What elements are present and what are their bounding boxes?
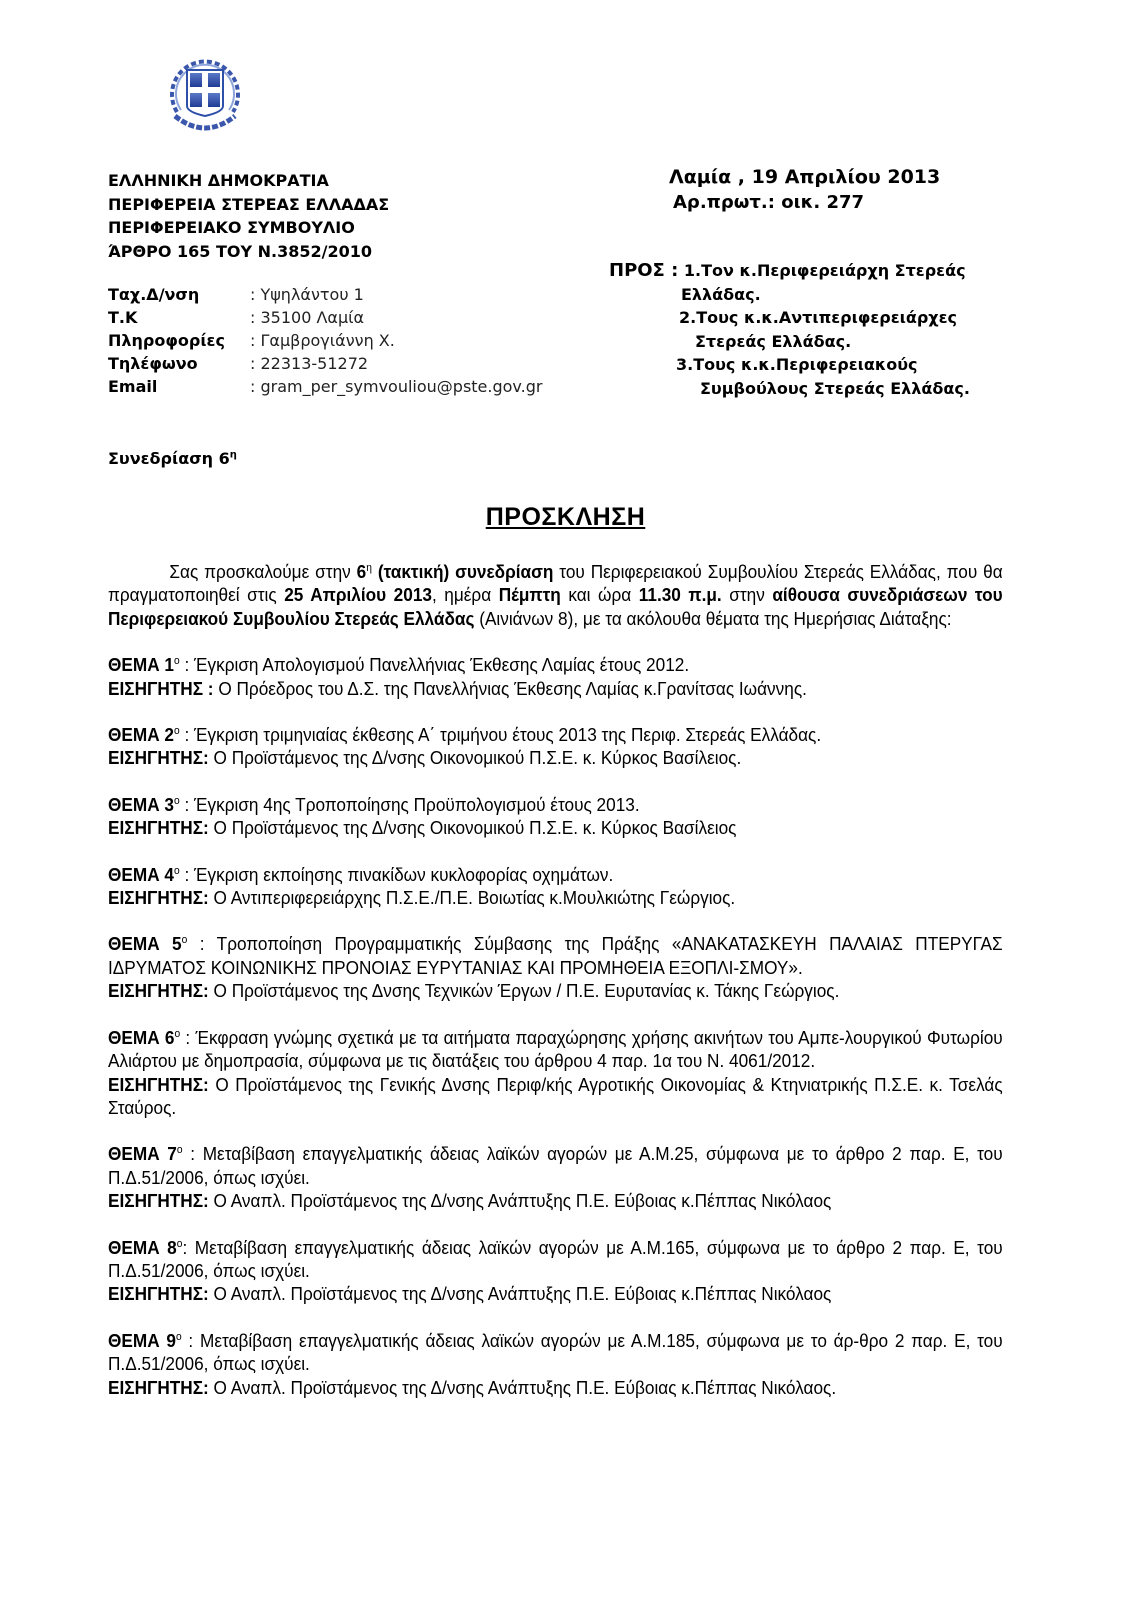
agenda-topic: ΘΕΜΑ 2ο : Έγκριση τριμηνιαίας έκθεσης Α΄… bbox=[108, 723, 1003, 746]
topic-label: ΘΕΜΑ 9 bbox=[108, 1330, 176, 1351]
contact-value: : 22313-51272 bbox=[250, 352, 368, 375]
topic-text: Έγκριση εκποίησης πινακίδων κυκλοφορίας … bbox=[194, 864, 613, 885]
rapporteur-text: Ο Αναπλ. Προϊστάμενος της Δ/νσης Ανάπτυξ… bbox=[209, 1377, 836, 1398]
agenda-topic: ΘΕΜΑ 6ο : Έκφραση γνώμης σχετικά με τα α… bbox=[108, 1026, 1003, 1073]
contact-value: : Υψηλάντου 1 bbox=[250, 283, 364, 306]
agenda-topic: ΘΕΜΑ 1ο : Έγκριση Απολογισμού Πανελλήνια… bbox=[108, 653, 1003, 676]
topic-label: ΘΕΜΑ 2 bbox=[108, 724, 174, 745]
rapporteur-label: ΕΙΣΗΓΗΤΗΣ: bbox=[108, 1283, 209, 1304]
recipient-line: 1.Τον κ.Περιφερειάρχη Στερεάς bbox=[684, 261, 966, 280]
topic-label: ΘΕΜΑ 7 bbox=[108, 1143, 177, 1164]
topic-text: Έγκριση Απολογισμού Πανελλήνιας Έκθεσης … bbox=[194, 654, 689, 675]
session-number: Συνεδρίαση 6η bbox=[108, 449, 237, 468]
topic-rapporteur: ΕΙΣΗΓΗΤΗΣ: Ο Αναπλ. Προϊστάμενος της Δ/ν… bbox=[108, 1282, 1003, 1305]
rapporteur-label: ΕΙΣΗΓΗΤΗΣ : bbox=[108, 678, 214, 699]
issuer-line: ΆΡΘΡΟ 165 ΤΟΥ Ν.3852/2010 bbox=[108, 240, 389, 264]
issuer-line: ΠΕΡΙΦΕΡΕΙΑ ΣΤΕΡΕΑΣ ΕΛΛΑΔΑΣ bbox=[108, 193, 389, 217]
topic-text: Μεταβίβαση επαγγελματικής άδειας λαϊκών … bbox=[108, 1330, 1003, 1374]
topic-text: Έκφραση γνώμης σχετικά με τα αιτήματα πα… bbox=[108, 1027, 1003, 1071]
topic-text: Έγκριση 4ης Τροποποίησης Προϋπολογισμού … bbox=[194, 794, 640, 815]
rapporteur-label: ΕΙΣΗΓΗΤΗΣ: bbox=[108, 1190, 209, 1211]
rapporteur-text: Ο Πρόεδρος του Δ.Σ. της Πανελλήνιας Έκθε… bbox=[214, 678, 807, 699]
rapporteur-label: ΕΙΣΗΓΗΤΗΣ: bbox=[108, 817, 209, 838]
agenda-topic: ΘΕΜΑ 5ο : Τροποποίηση Προγραμματικής Σύμ… bbox=[108, 932, 1003, 979]
recipient-line: 2.Τους κ.κ.Αντιπεριφερειάρχες bbox=[679, 306, 970, 330]
topic-text: Έγκριση τριμηνιαίας έκθεσης Α΄ τριμήνου … bbox=[194, 724, 821, 745]
email-link[interactable]: : gram_per_symvouliou@pste.gov.gr bbox=[250, 375, 542, 398]
rapporteur-text: Ο Προϊστάμενος της Γενικής Δνσης Περιφ/κ… bbox=[108, 1074, 1003, 1118]
rapporteur-label: ΕΙΣΗΓΗΤΗΣ: bbox=[108, 887, 209, 908]
topic-rapporteur: ΕΙΣΗΓΗΤΗΣ: Ο Αναπλ. Προϊστάμενος της Δ/ν… bbox=[108, 1189, 1003, 1212]
recipient-line: Στερεάς Ελλάδας. bbox=[695, 330, 970, 354]
topic-rapporteur: ΕΙΣΗΓΗΤΗΣ: Ο Αντιπεριφερειάρχης Π.Σ.Ε./Π… bbox=[108, 886, 1003, 909]
topic-label: ΘΕΜΑ 1 bbox=[108, 654, 174, 675]
recipient-line: 3.Τους κ.κ.Περιφερειακούς bbox=[676, 353, 970, 377]
issuer-block: ΕΛΛΗΝΙΚΗ ΔΗΜΟΚΡΑΤΙΑ ΠΕΡΙΦΕΡΕΙΑ ΣΤΕΡΕΑΣ Ε… bbox=[108, 169, 389, 263]
intro-paragraph: Σας προσκαλούμε στην 6η (τακτική) συνεδρ… bbox=[108, 560, 1003, 630]
greek-coat-of-arms-icon bbox=[163, 50, 247, 136]
topic-rapporteur: ΕΙΣΗΓΗΤΗΣ: Ο Αναπλ. Προϊστάμενος της Δ/ν… bbox=[108, 1376, 1003, 1399]
recipients-block: ΠΡΟΣ : 1.Τον κ.Περιφερειάρχη Στερεάς Ελλ… bbox=[609, 259, 970, 400]
contact-key: Τηλέφωνο bbox=[108, 352, 250, 375]
topic-label: ΘΕΜΑ 8 bbox=[108, 1237, 177, 1258]
rapporteur-label: ΕΙΣΗΓΗΤΗΣ: bbox=[108, 1074, 209, 1095]
agenda-topic: ΘΕΜΑ 4ο : Έγκριση εκποίησης πινακίδων κυ… bbox=[108, 863, 1003, 886]
agenda-topics: ΘΕΜΑ 1ο : Έγκριση Απολογισμού Πανελλήνια… bbox=[108, 653, 1003, 1399]
rapporteur-text: Ο Προϊστάμενος της Δνσης Τεχνικών Έργων … bbox=[209, 980, 840, 1001]
contact-value: : Γαμβρογιάννη Χ. bbox=[250, 329, 395, 352]
contact-value: : 35100 Λαμία bbox=[250, 306, 364, 329]
rapporteur-text: Ο Προϊστάμενος της Δ/νσης Οικονομικού Π.… bbox=[209, 817, 737, 838]
topic-label: ΘΕΜΑ 4 bbox=[108, 864, 174, 885]
contact-key: Ταχ.Δ/νση bbox=[108, 283, 250, 306]
recipients-label: ΠΡΟΣ : bbox=[609, 260, 678, 281]
document-title: ΠΡΟΣΚΛΗΣΗ bbox=[0, 503, 1131, 532]
topic-label: ΘΕΜΑ 5 bbox=[108, 933, 182, 954]
rapporteur-text: Ο Αντιπεριφερειάρχης Π.Σ.Ε./Π.Ε. Βοιωτία… bbox=[209, 887, 735, 908]
topic-rapporteur: ΕΙΣΗΓΗΤΗΣ: Ο Προϊστάμενος της Δ/νσης Οικ… bbox=[108, 816, 1003, 839]
agenda-topic: ΘΕΜΑ 8ο: Μεταβίβαση επαγγελματικής άδεια… bbox=[108, 1236, 1003, 1283]
document-body: Σας προσκαλούμε στην 6η (τακτική) συνεδρ… bbox=[108, 560, 1003, 1399]
topic-rapporteur: ΕΙΣΗΓΗΤΗΣ: Ο Προϊστάμενος της Δνσης Τεχν… bbox=[108, 979, 1003, 1002]
topic-rapporteur: ΕΙΣΗΓΗΤΗΣ: Ο Προϊστάμενος της Δ/νσης Οικ… bbox=[108, 746, 1003, 769]
recipient-line: Συμβούλους Στερεάς Ελλάδας. bbox=[700, 377, 970, 401]
topic-rapporteur: ΕΙΣΗΓΗΤΗΣ: Ο Προϊστάμενος της Γενικής Δν… bbox=[108, 1073, 1003, 1120]
issuer-line: ΠΕΡΙΦΕΡΕΙΑΚΟ ΣΥΜΒΟΥΛΙΟ bbox=[108, 216, 389, 240]
recipient-line: Ελλάδας. bbox=[681, 283, 970, 307]
topic-label: ΘΕΜΑ 3 bbox=[108, 794, 174, 815]
rapporteur-label: ΕΙΣΗΓΗΤΗΣ: bbox=[108, 1377, 209, 1398]
session-label: Συνεδρίαση 6 bbox=[108, 449, 230, 468]
contact-key: Email bbox=[108, 375, 250, 398]
topic-rapporteur: ΕΙΣΗΓΗΤΗΣ : Ο Πρόεδρος του Δ.Σ. της Πανε… bbox=[108, 677, 1003, 700]
date-line: Λαμία , 19 Απριλίου 2013 bbox=[669, 164, 940, 190]
agenda-topic: ΘΕΜΑ 3ο : Έγκριση 4ης Τροποποίησης Προϋπ… bbox=[108, 793, 1003, 816]
issuer-line: ΕΛΛΗΝΙΚΗ ΔΗΜΟΚΡΑΤΙΑ bbox=[108, 169, 389, 193]
topic-label: ΘΕΜΑ 6 bbox=[108, 1027, 174, 1048]
agenda-topic: ΘΕΜΑ 7ο : Μεταβίβαση επαγγελματικής άδει… bbox=[108, 1142, 1003, 1189]
contact-key: Πληροφορίες bbox=[108, 329, 250, 352]
topic-text: Μεταβίβαση επαγγελματικής άδειας λαϊκών … bbox=[108, 1237, 1003, 1281]
contact-block: Ταχ.Δ/νση: Υψηλάντου 1 Τ.Κ: 35100 Λαμία … bbox=[108, 283, 542, 398]
rapporteur-text: Ο Προϊστάμενος της Δ/νσης Οικονομικού Π.… bbox=[209, 747, 741, 768]
protocol-number: Αρ.πρωτ.: οικ. 277 bbox=[673, 190, 940, 216]
rapporteur-text: Ο Αναπλ. Προϊστάμενος της Δ/νσης Ανάπτυξ… bbox=[209, 1283, 832, 1304]
rapporteur-label: ΕΙΣΗΓΗΤΗΣ: bbox=[108, 747, 209, 768]
topic-text: Μεταβίβαση επαγγελματικής άδειας λαϊκών … bbox=[108, 1143, 1003, 1187]
rapporteur-label: ΕΙΣΗΓΗΤΗΣ: bbox=[108, 980, 209, 1001]
session-sup: η bbox=[230, 450, 237, 461]
contact-key: Τ.Κ bbox=[108, 306, 250, 329]
agenda-topic: ΘΕΜΑ 9ο : Μεταβίβαση επαγγελματικής άδει… bbox=[108, 1329, 1003, 1376]
date-block: Λαμία , 19 Απριλίου 2013 Αρ.πρωτ.: οικ. … bbox=[683, 164, 940, 216]
rapporteur-text: Ο Αναπλ. Προϊστάμενος της Δ/νσης Ανάπτυξ… bbox=[209, 1190, 832, 1211]
topic-text: Τροποποίηση Προγραμματικής Σύμβασης της … bbox=[108, 933, 1003, 977]
